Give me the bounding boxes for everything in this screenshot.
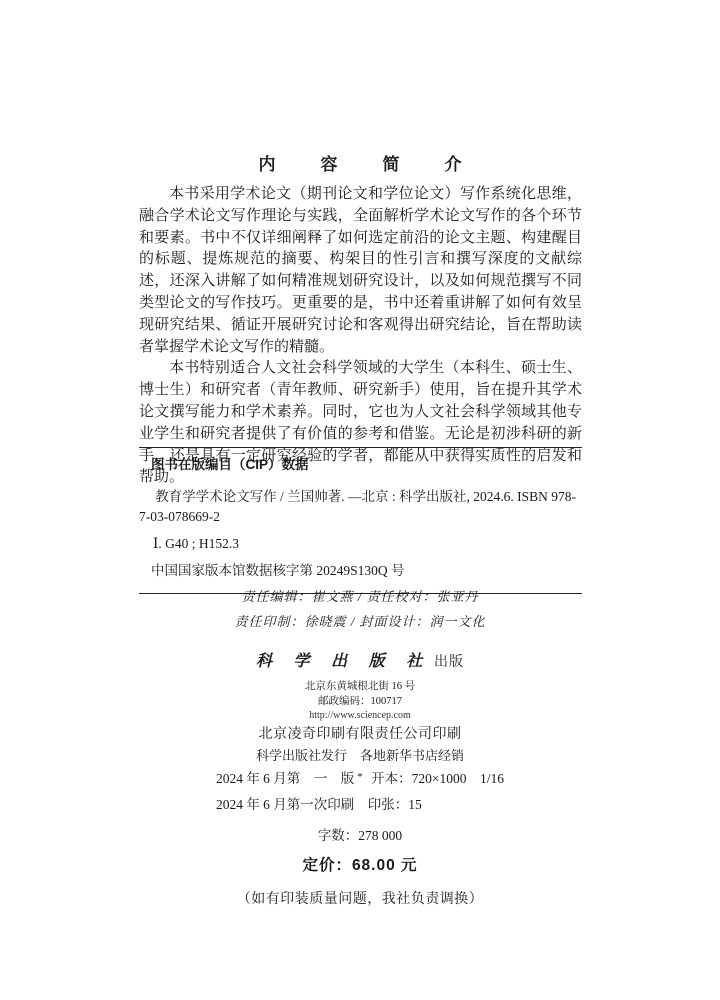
publisher-address: 北京东黄城根北街 16 号: [0, 679, 720, 695]
edition-lines: 2024 年 6 月第 一 版 开本：720×1000 1/16 2024 年 …: [216, 770, 504, 822]
price: 定价：68.00 元: [0, 853, 720, 875]
edition-line-impression: 2024 年 6 月第一次印刷 印张：15: [216, 796, 504, 813]
publisher-postcode: 邮政编码：100717: [0, 695, 720, 709]
edition-line-first-print: 2024 年 6 月第 一 版 开本：720×1000 1/16: [216, 770, 504, 787]
publisher-logo-script: 科 学 出 版 社: [256, 651, 430, 670]
cip-heading: 图书在版编目（CIP）数据: [139, 455, 582, 475]
edition-block: 2024 年 6 月第 一 版 开本：720×1000 1/16 2024 年 …: [0, 770, 720, 908]
publisher-website: http://www.sciencep.com: [0, 709, 720, 723]
cip-record-number: 中国国家版本馆数据核字第 20249S130Q 号: [139, 561, 582, 581]
publisher-logo: 科 学 出 版 社 出版: [0, 650, 720, 674]
content-introduction: 本书采用学术论文（期刊论文和学位论文）写作系统化思维，融合学术论文写作理论与实践…: [139, 184, 582, 489]
publisher-logo-suffix: 出版: [434, 655, 464, 670]
quality-notice: （如有印装质量问题，我社负责调换）: [0, 888, 720, 908]
credits-line-printing: 责任印制：徐晓震 / 封面设计：润一文化: [0, 609, 720, 634]
cip-entry: 教育学学术论文写作 / 兰国帅著. —北京 : 科学出版社, 2024.6. I…: [139, 487, 582, 527]
credits-line-editor: 责任编辑：崔文燕 / 责任校对：张亚丹: [0, 584, 720, 609]
intro-paragraph-1: 本书采用学术论文（期刊论文和学位论文）写作系统化思维，融合学术论文写作理论与实践…: [139, 184, 582, 358]
word-count: 字数：278 000: [0, 824, 720, 844]
distribution-line: 科学出版社发行 各地新华书店经销: [0, 747, 720, 765]
cip-classification: Ⅰ. G40 ; H152.3: [139, 534, 582, 554]
printer-line: 北京凌奇印刷有限责任公司印刷: [0, 725, 720, 744]
publisher-block: 科 学 出 版 社 出版 北京东黄城根北街 16 号 邮政编码：100717 h…: [0, 650, 720, 783]
cip-data-box: 图书在版编目（CIP）数据 教育学学术论文写作 / 兰国帅著. —北京 : 科学…: [139, 447, 582, 594]
copyright-page: 内 容 简 介 本书采用学术论文（期刊论文和学位论文）写作系统化思维，融合学术论…: [0, 0, 720, 1000]
page-title: 内 容 简 介: [0, 150, 720, 175]
staff-credits: 责任编辑：崔文燕 / 责任校对：张亚丹 责任印制：徐晓震 / 封面设计：润一文化: [0, 584, 720, 634]
